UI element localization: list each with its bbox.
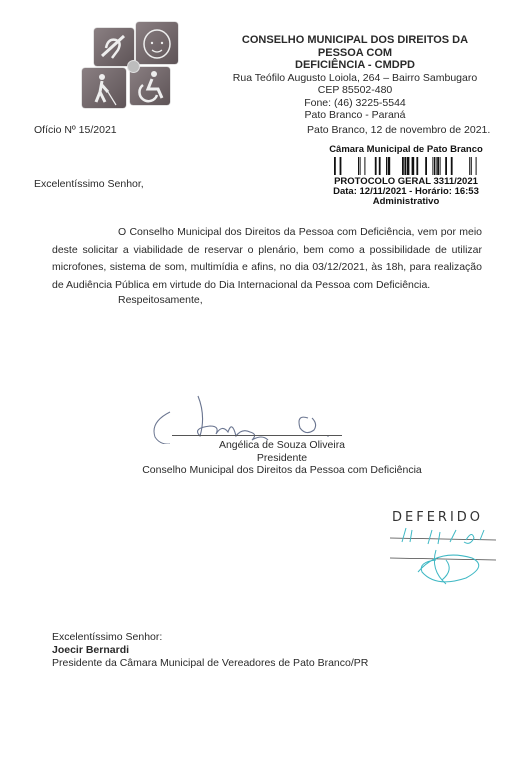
org-address: Rua Teófilo Augusto Loiola, 264 – Bairro… bbox=[220, 72, 490, 85]
barcode-icon bbox=[332, 157, 480, 175]
org-phone: Fone: (46) 3225-5544 bbox=[220, 97, 490, 110]
body-text: O Conselho Municipal dos Direitos da Pes… bbox=[52, 226, 482, 291]
org-city: Pato Branco - Paraná bbox=[220, 109, 490, 122]
signatory-organization: Conselho Municipal dos Direitos da Pesso… bbox=[142, 464, 422, 477]
body-paragraph: O Conselho Municipal dos Direitos da Pes… bbox=[52, 224, 482, 294]
blind-person-cane-icon bbox=[82, 68, 126, 108]
logo-center-dot bbox=[127, 60, 140, 73]
handwritten-signature bbox=[140, 392, 360, 444]
signatory-name: Angélica de Souza Oliveira bbox=[142, 439, 422, 452]
face-icon bbox=[136, 22, 178, 64]
org-cep: CEP 85502-480 bbox=[220, 84, 490, 97]
document-reference: Ofício Nº 15/2021 bbox=[34, 124, 117, 136]
closing: Respeitosamente, bbox=[118, 294, 203, 306]
date-line: Pato Branco, 12 de novembro de 2021. bbox=[307, 124, 490, 136]
addressee-block: Excelentíssimo Senhor: Joecir Bernardi P… bbox=[52, 631, 368, 670]
letterhead: CONSELHO MUNICIPAL DOS DIREITOS DA PESSO… bbox=[220, 34, 490, 122]
signatory-title: Presidente bbox=[142, 452, 422, 465]
addressee-name: Joecir Bernardi bbox=[52, 644, 368, 657]
org-name-line1: CONSELHO MUNICIPAL DOS DIREITOS DA PESSO… bbox=[220, 34, 490, 59]
signature-line bbox=[172, 435, 342, 436]
addressee-title: Presidente da Câmara Municipal de Veread… bbox=[52, 657, 368, 670]
approval-handwritten-date bbox=[388, 520, 498, 592]
addressee-salutation: Excelentíssimo Senhor: bbox=[52, 631, 368, 644]
stamp-department: Administrativo bbox=[322, 197, 490, 207]
stamp-institution: Câmara Municipal de Pato Branco bbox=[322, 145, 490, 155]
signatory-block: Angélica de Souza Oliveira Presidente Co… bbox=[142, 439, 422, 477]
org-name-line2: DEFICIÊNCIA - CMDPD bbox=[220, 59, 490, 72]
hearing-impaired-icon bbox=[94, 28, 134, 66]
wheelchair-icon bbox=[130, 67, 170, 105]
cmdpd-logo bbox=[80, 22, 184, 108]
salutation: Excelentíssimo Senhor, bbox=[34, 178, 144, 190]
protocol-stamp: Câmara Municipal de Pato Branco PROTOCOL… bbox=[322, 145, 490, 207]
